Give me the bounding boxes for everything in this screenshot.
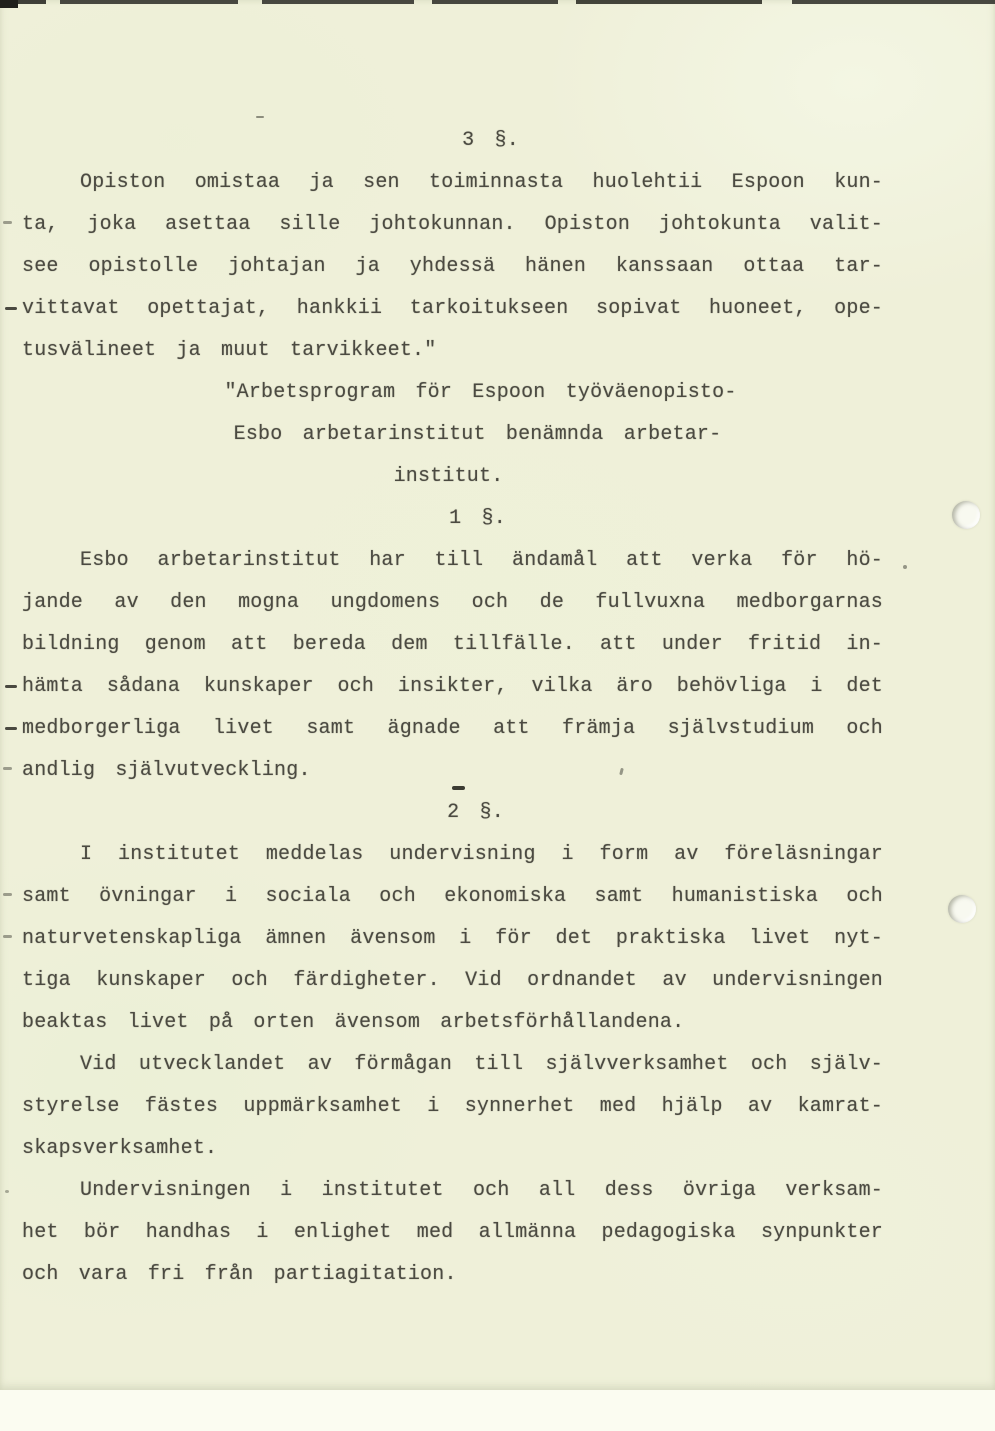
text-line: Esbo arbetarinstitut har till ändamål at… xyxy=(22,540,883,582)
text-line: tusvälineet ja muut tarvikkeet." xyxy=(22,330,883,372)
text-line: och vara fri från partiagitation. xyxy=(22,1254,883,1296)
margin-dash-mark xyxy=(3,893,12,896)
text-line: ta, joka asettaa sille johtokunnan. Opis… xyxy=(22,204,883,246)
margin-dash-mark xyxy=(5,685,17,688)
text-line: Opiston omistaa ja sen toiminnasta huole… xyxy=(22,162,883,204)
text-line: beaktas livet på orten ävensom arbetsför… xyxy=(22,1002,883,1044)
stray-dash-mark xyxy=(256,116,264,118)
text-line: medborgerliga livet samt ägnade att främ… xyxy=(22,708,883,750)
margin-dash-mark xyxy=(5,307,17,310)
scanned-document-page: 3 §.Opiston omistaa ja sen toiminnasta h… xyxy=(0,0,995,1390)
punch-hole-bottom xyxy=(948,895,976,923)
document-text: 3 §.Opiston omistaa ja sen toiminnasta h… xyxy=(22,120,883,1296)
margin-dash-mark xyxy=(5,727,17,730)
text-line: tiga kunskaper och färdigheter. Vid ordn… xyxy=(22,960,883,1002)
heading-section-3: 3 §. xyxy=(60,120,921,162)
text-line: bildning genom att bereda dem tillfälle.… xyxy=(22,624,883,666)
title-line-1: "Arbetsprogram för Espoon työväenopisto- xyxy=(50,372,911,414)
text-line: samt övningar i sociala och ekonomiska s… xyxy=(22,876,883,918)
scan-corner-artifact xyxy=(0,0,18,8)
title-line-3: institut. xyxy=(18,456,879,498)
stray-dash-mark xyxy=(452,786,465,790)
text-line: Undervisningen i institutet och all dess… xyxy=(22,1170,883,1212)
stray-dot-mark xyxy=(903,565,907,569)
text-line: see opistolle johtajan ja yhdessä hänen … xyxy=(22,246,883,288)
punch-hole-top xyxy=(952,501,980,529)
margin-dash-mark xyxy=(3,935,12,938)
text-line: styrelse fästes uppmärksamhet i synnerhe… xyxy=(22,1086,883,1128)
text-line: vittavat opettajat, hankkii tarkoituksee… xyxy=(22,288,883,330)
text-line: hämta sådana kunskaper och insikter, vil… xyxy=(22,666,883,708)
heading-section-2: 2 §. xyxy=(45,792,906,834)
text-line: skapsverksamhet. xyxy=(22,1128,883,1170)
margin-dash-mark xyxy=(3,221,12,224)
scan-top-edge-artifact xyxy=(0,0,995,4)
text-line: het bör handhas i enlighet med allmänna … xyxy=(22,1212,883,1254)
margin-dash-mark xyxy=(3,767,12,770)
text-line: I institutet meddelas undervisning i for… xyxy=(22,834,883,876)
heading-section-1: 1 §. xyxy=(47,498,908,540)
text-line: naturvetenskapliga ämnen ävensom i för d… xyxy=(22,918,883,960)
text-line: Vid utvecklandet av förmågan till självv… xyxy=(22,1044,883,1086)
stray-dot-mark xyxy=(5,1190,9,1193)
text-line: jande av den mogna ungdomens och de full… xyxy=(22,582,883,624)
title-line-2: Esbo arbetarinstitut benämnda arbetar- xyxy=(47,414,908,456)
